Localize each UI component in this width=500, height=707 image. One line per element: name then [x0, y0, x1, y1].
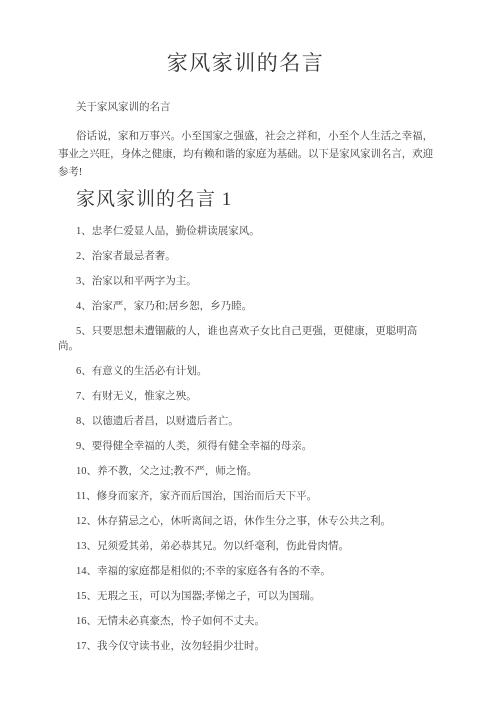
quote-item: 2、治家者最忌者奢。: [58, 249, 433, 264]
quote-item: 10、养不教，父之过;教不严，师之惰。: [58, 464, 433, 479]
quote-item: 5、只要思想未遭锢蔽的人，谁也喜欢子女比自己更强，更健康，更聪明高尚。: [58, 324, 433, 354]
quote-item: 13、兄须爱其弟，弟必恭其兄。勿以纤毫利，伤此骨肉情。: [58, 539, 433, 554]
section-heading: 家风家训的名言 1: [58, 188, 433, 212]
document-title: 家风家训的名言: [58, 48, 433, 78]
quote-list: 1、忠孝仁爱显人品，勤俭耕读展家风。2、治家者最忌者奢。3、治家以和平两字为主。…: [58, 224, 433, 654]
intro-paragraph: 俗话说，家和万事兴。小至国家之强盛，社会之祥和，小至个人生活之幸福，事业之兴旺，…: [58, 128, 433, 182]
quote-item: 1、忠孝仁爱显人品，勤俭耕读展家风。: [58, 224, 433, 239]
quote-item: 8、以德遗后者昌，以财遗后者亡。: [58, 414, 433, 429]
quote-item: 6、有意义的生活必有计划。: [58, 364, 433, 379]
quote-item: 16、无情未必真豪杰，怜子如何不丈夫。: [58, 614, 433, 629]
quote-item: 12、休存猜忌之心，休听离间之语，休作生分之事，休专公共之利。: [58, 514, 433, 529]
quote-item: 17、我今仅守读书业，汝勿轻捐少壮时。: [58, 639, 433, 654]
quote-item: 3、治家以和平两字为主。: [58, 274, 433, 289]
document-subtitle: 关于家风家训的名言: [58, 100, 433, 115]
quote-item: 4、治家严，家乃和;居乡恕，乡乃睦。: [58, 299, 433, 314]
quote-item: 11、修身而家齐，家齐而后国治，国治而后天下平。: [58, 489, 433, 504]
document-page: 家风家训的名言 关于家风家训的名言 俗话说，家和万事兴。小至国家之强盛，社会之祥…: [0, 0, 500, 707]
quote-item: 9、要得健全幸福的人类，须得有健全幸福的母亲。: [58, 439, 433, 454]
quote-item: 15、无瑕之玉，可以为国器;孝悌之子，可以为国瑞。: [58, 589, 433, 604]
quote-item: 14、幸福的家庭都是相似的;不幸的家庭各有各的不幸。: [58, 564, 433, 579]
quote-item: 7、有财无义，惟家之殃。: [58, 389, 433, 404]
